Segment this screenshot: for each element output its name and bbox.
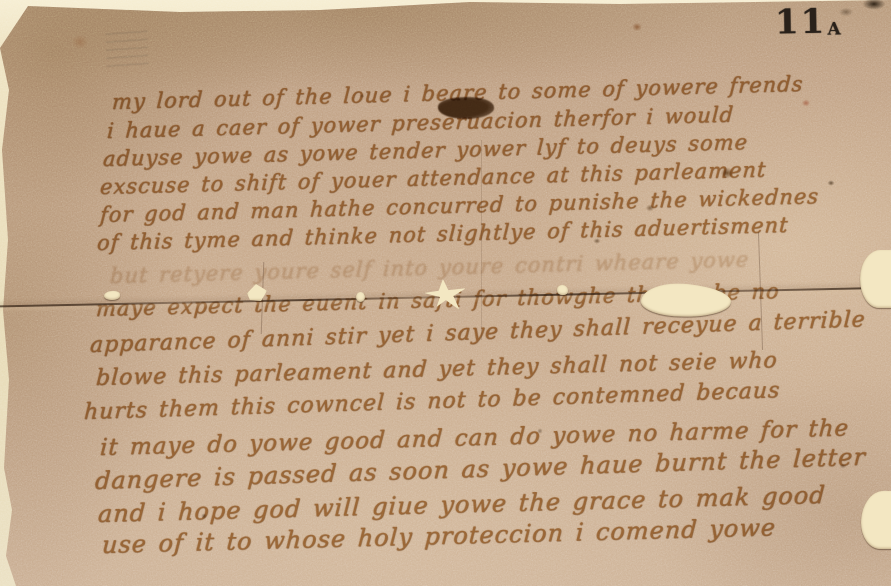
folio-number-stamp: 11A bbox=[775, 1, 841, 42]
tear-hole bbox=[356, 292, 365, 302]
tear-hole bbox=[104, 291, 120, 300]
manuscript-scan: my lord out of the loue i beare to some … bbox=[0, 0, 891, 586]
edge-notch-right bbox=[860, 250, 891, 308]
tear-hole bbox=[557, 285, 568, 295]
folio-suffix: A bbox=[827, 19, 841, 39]
folio-number: 11 bbox=[775, 2, 827, 43]
fold-crease-vertical bbox=[481, 140, 482, 340]
